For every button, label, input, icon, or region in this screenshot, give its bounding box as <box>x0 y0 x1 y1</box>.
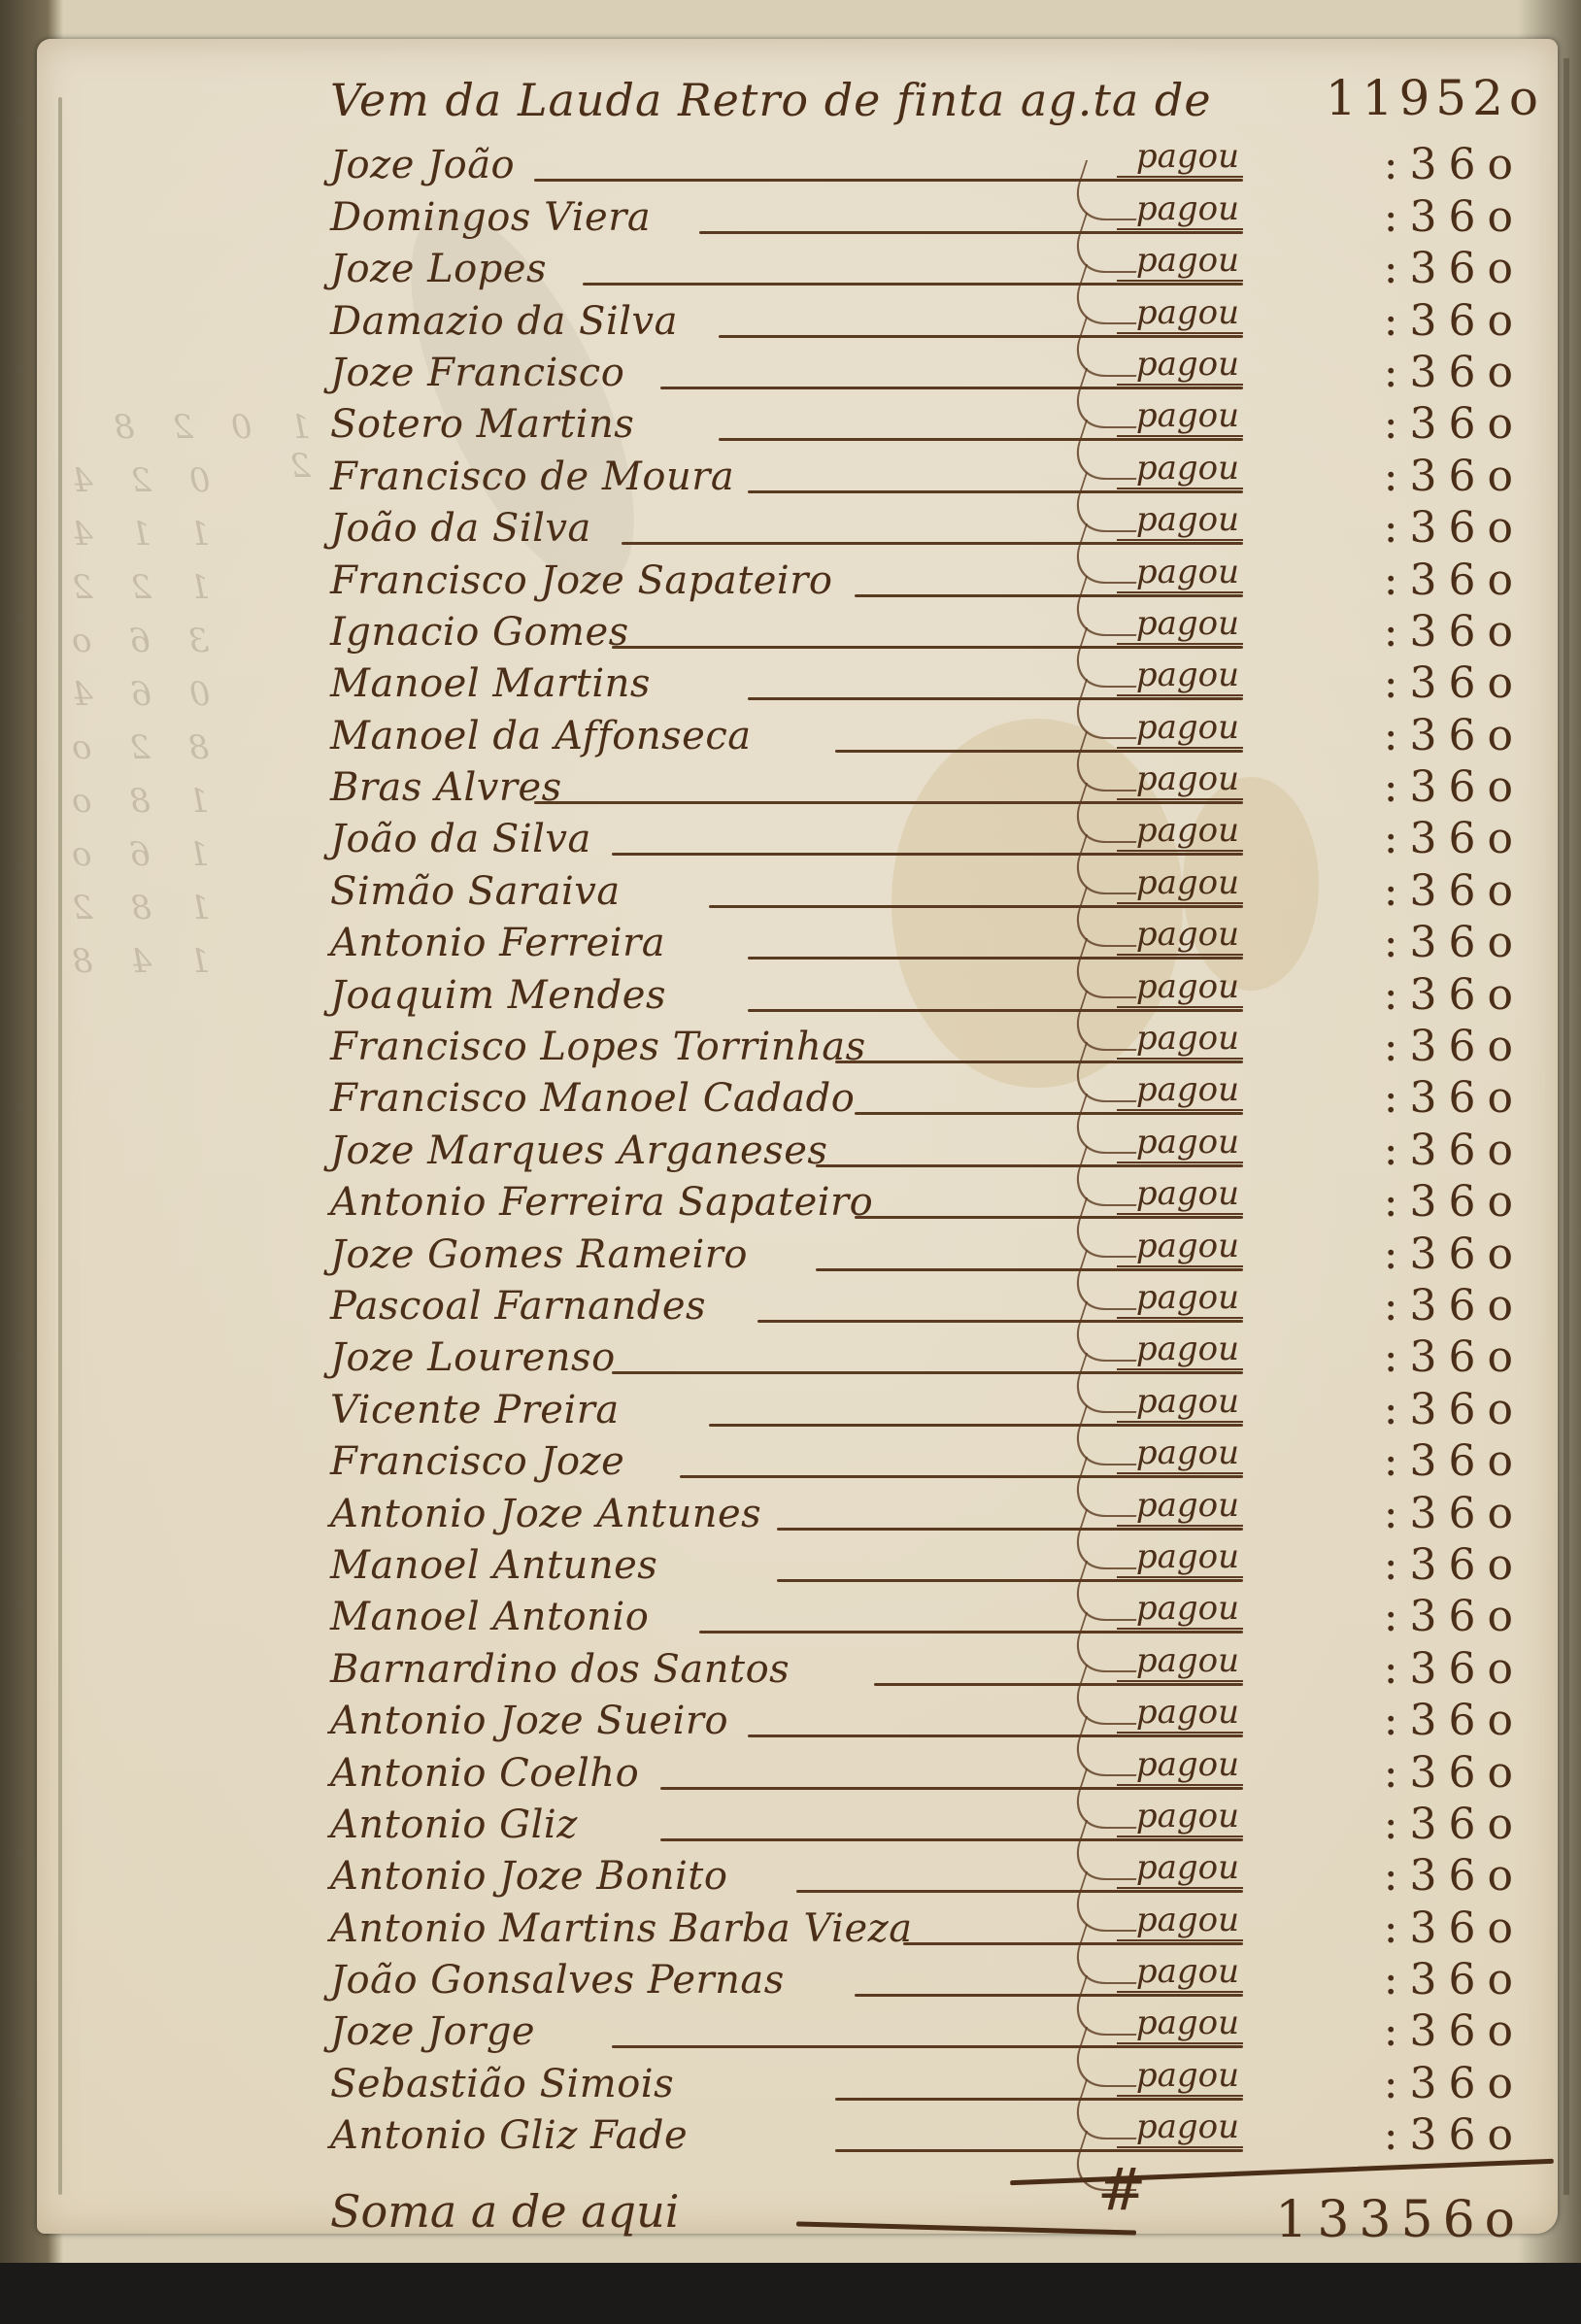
entry-leader-line <box>622 542 1243 545</box>
entry-name: Ignacio Gomes <box>330 610 629 655</box>
entry-status: pagou <box>1117 915 1243 956</box>
ledger-entry: Simão Saraivapagou:36o <box>291 871 1564 923</box>
entry-name: Joze Lourenso <box>330 1335 616 1380</box>
entry-name: Pascoal Farnandes <box>330 1284 706 1329</box>
entry-amount: :36o <box>1384 1955 1525 2004</box>
entry-status: pagou <box>1117 1797 1243 1837</box>
entry-status: pagou <box>1117 449 1243 489</box>
entry-amount: :36o <box>1384 1851 1525 1901</box>
entry-status: pagou <box>1117 1901 1243 1941</box>
entry-amount: :36o <box>1384 1489 1525 1538</box>
entry-leader-line <box>816 1268 1243 1271</box>
ledger-entry: Francisco Joze Sapateiropagou:36o <box>291 560 1564 612</box>
entry-amount: :36o <box>1384 1281 1525 1330</box>
entry-amount: :36o <box>1384 1540 1525 1590</box>
entry-name: Francisco de Moura <box>330 455 734 499</box>
ledger-entry: Joaquim Mendespagou:36o <box>291 975 1564 1027</box>
entry-name: Antonio Gliz <box>330 1802 578 1847</box>
entry-name: Damazio da Silva <box>330 299 678 344</box>
entry-amount: :36o <box>1384 192 1525 242</box>
ledger-entry: Manoel Martinspagou:36o <box>291 664 1564 716</box>
entry-name: Antonio Joze Antunes <box>330 1492 761 1536</box>
entry-amount: :36o <box>1384 140 1525 189</box>
entry-leader-line <box>835 1061 1243 1063</box>
ledger-entry: Joze Lourensopagou:36o <box>291 1338 1564 1390</box>
entry-name: Barnardino dos Santos <box>330 1647 790 1692</box>
entry-status: pagou <box>1117 1174 1243 1215</box>
entry-leader-line <box>796 1890 1243 1893</box>
entry-status: pagou <box>1117 345 1243 386</box>
entry-amount: :36o <box>1384 1385 1525 1434</box>
ledger-entry: Manoel da Affonsecapagou:36o <box>291 716 1564 767</box>
entry-leader-line <box>835 2149 1243 2152</box>
total-label: Soma a de aqui <box>330 2185 679 2238</box>
entry-status: pagou <box>1117 241 1243 282</box>
margin-bleed-through: 1 0 2 8 20 2 41 1 41 2 23 6 o0 6 48 2 o1… <box>58 408 311 1282</box>
entry-status: pagou <box>1117 396 1243 437</box>
ledger-entry: Antonio Coelhopagou:36o <box>291 1753 1564 1804</box>
bleed-through-numeral: 1 4 8 <box>58 942 211 981</box>
entry-name: Joze Gomes Rameiro <box>330 1232 748 1277</box>
entry-amount: :36o <box>1384 2110 1525 2160</box>
ledger-entry: Domingos Vierapagou:36o <box>291 197 1564 249</box>
entry-leader-line <box>748 490 1243 493</box>
ledger-entry: Antonio Ferreirapagou:36o <box>291 924 1564 975</box>
entry-leader-line <box>777 1579 1243 1582</box>
total-marks: # <box>1097 2156 1146 2224</box>
entry-name: Antonio Ferreira <box>330 921 665 965</box>
entry-leader-line <box>660 1787 1243 1790</box>
ledger-entry: Barnardino dos Santospagou:36o <box>291 1649 1564 1701</box>
entry-amount: :36o <box>1384 1800 1525 1849</box>
ledger-entry: Antonio Joze Sueiropagou:36o <box>291 1701 1564 1753</box>
entry-name: Bras Alvres <box>330 765 562 810</box>
entry-leader-line <box>699 231 1243 234</box>
entry-status: pagou <box>1117 967 1243 1008</box>
entry-leader-line <box>855 1994 1243 1997</box>
entry-status: pagou <box>1117 1486 1243 1527</box>
entry-amount: :36o <box>1384 503 1525 553</box>
ledger-entry: Antonio Joze Antunespagou:36o <box>291 1494 1564 1545</box>
entry-name: João da Silva <box>330 817 591 861</box>
entry-amount: :36o <box>1384 399 1525 449</box>
ledger-entry: Antonio Joze Bonitopagou:36o <box>291 1857 1564 1908</box>
entry-leader-line <box>709 1424 1243 1427</box>
entry-amount: :36o <box>1384 1332 1525 1382</box>
entry-amount: :36o <box>1384 607 1525 657</box>
ledger-entry: Joze Marques Arganesespagou:36o <box>291 1130 1564 1182</box>
entry-amount: :36o <box>1384 1229 1525 1279</box>
entry-status: pagou <box>1117 1952 1243 1993</box>
entry-name: Francisco Joze Sapateiro <box>330 558 832 603</box>
ledger-entry: Joze Lopespagou:36o <box>291 250 1564 301</box>
entry-amount: :36o <box>1384 866 1525 916</box>
ledger-entry: João da Silvapagou:36o <box>291 820 1564 871</box>
entry-leader-line <box>874 1683 1243 1686</box>
entry-status: pagou <box>1117 1330 1243 1370</box>
entry-leader-line <box>903 1942 1243 1945</box>
entry-status: pagou <box>1117 293 1243 334</box>
entry-amount: :36o <box>1384 1073 1525 1123</box>
entry-status: pagou <box>1117 708 1243 749</box>
entry-status: pagou <box>1117 2004 1243 2044</box>
entry-status: pagou <box>1117 604 1243 645</box>
total-rule <box>796 2221 1136 2235</box>
entry-amount: :36o <box>1384 970 1525 1020</box>
entry-name: Manoel da Affonseca <box>330 714 752 758</box>
entry-name: Antonio Coelho <box>330 1751 639 1796</box>
entry-leader-line <box>816 1164 1243 1167</box>
bleed-through-numeral: 1 8 2 <box>58 889 211 927</box>
entry-amount: :36o <box>1384 1022 1525 1071</box>
entry-name: Joze Francisco <box>330 351 624 395</box>
ledger-entry: Francisco Jozepagou:36o <box>291 1442 1564 1494</box>
entry-leader-line <box>719 335 1243 338</box>
entry-status: pagou <box>1117 1019 1243 1060</box>
bleed-through-numeral: 0 2 4 <box>58 461 211 500</box>
ledger-entry: Joze Joãopagou:36o <box>291 146 1564 197</box>
entry-status: pagou <box>1117 1641 1243 1682</box>
entry-amount: :36o <box>1384 1436 1525 1486</box>
ledger-entry: João Gonsalves Pernaspagou:36o <box>291 1961 1564 2012</box>
entry-amount: :36o <box>1384 556 1525 605</box>
entry-status: pagou <box>1117 500 1243 541</box>
entry-amount: :36o <box>1384 348 1525 397</box>
entries-list: Joze Joãopagou:36oDomingos Vierapagou:36… <box>291 146 1564 2168</box>
entry-leader-line <box>748 697 1243 700</box>
entry-name: Manoel Antunes <box>330 1543 657 1588</box>
entry-name: Joze Lopes <box>330 247 547 291</box>
entry-name: Francisco Joze <box>330 1439 624 1484</box>
entry-name: Francisco Manoel Cadado <box>330 1076 855 1121</box>
entry-status: pagou <box>1117 1433 1243 1474</box>
entry-name: Joaquim Mendes <box>330 973 666 1018</box>
entry-amount: :36o <box>1384 1748 1525 1798</box>
entry-leader-line <box>699 1631 1243 1634</box>
entry-name: Antonio Martins Barba Vieza <box>330 1906 913 1951</box>
carried-forward-value: 11952o <box>1326 70 1544 126</box>
entry-amount: :36o <box>1384 1644 1525 1694</box>
entry-amount: :36o <box>1384 1696 1525 1745</box>
bleed-through-numeral: 1 2 2 <box>58 568 211 607</box>
ledger-entry: Antonio Ferreira Sapateiropagou:36o <box>291 1183 1564 1234</box>
ledger-entry: Joze Jorgepagou:36o <box>291 2012 1564 2064</box>
entry-name: Domingos Viera <box>330 195 651 240</box>
entry-status: pagou <box>1117 1745 1243 1786</box>
total-value: 13356o <box>1275 2191 1525 2249</box>
entry-amount: :36o <box>1384 1126 1525 1175</box>
entry-status: pagou <box>1117 2107 1243 2148</box>
entry-leader-line <box>660 1838 1243 1841</box>
entry-leader-line <box>709 905 1243 908</box>
entry-status: pagou <box>1117 553 1243 593</box>
entry-leader-line <box>835 750 1243 753</box>
entry-leader-line <box>855 594 1243 597</box>
ledger-entry: Antonio Martins Barba Viezapagou:36o <box>291 1908 1564 1960</box>
ledger-entry: Vicente Preirapagou:36o <box>291 1390 1564 1441</box>
entry-status: pagou <box>1117 1382 1243 1423</box>
entry-name: Manoel Martins <box>330 661 651 706</box>
ledger-entry: Sebastião Simoispagou:36o <box>291 2064 1564 2115</box>
entry-name: Antonio Joze Sueiro <box>330 1699 728 1743</box>
entry-status: pagou <box>1117 137 1243 178</box>
entry-status: pagou <box>1117 1589 1243 1630</box>
entry-amount: :36o <box>1384 658 1525 708</box>
entry-status: pagou <box>1117 1227 1243 1267</box>
entry-amount: :36o <box>1384 2006 1525 2056</box>
entry-amount: :36o <box>1384 1903 1525 1953</box>
ledger-entry: Joze Gomes Rameiropagou:36o <box>291 1234 1564 1286</box>
entry-amount: :36o <box>1384 918 1525 967</box>
ledger-entry: Ignacio Gomespagou:36o <box>291 613 1564 664</box>
entry-leader-line <box>680 1475 1243 1478</box>
entry-name: Sebastião Simois <box>330 2062 674 2106</box>
ledger-entry: Antonio Gliz Fadepagou:36o <box>291 2116 1564 2168</box>
bleed-through-numeral: 1 6 o <box>58 835 209 874</box>
adjacent-page-edge <box>1564 58 1569 2195</box>
entry-name: João Gonsalves Pernas <box>330 1958 785 2003</box>
entry-name: Joze Jorge <box>330 2009 535 2054</box>
scan-bottom-edge <box>0 2263 1581 2324</box>
entry-status: pagou <box>1117 1693 1243 1734</box>
entry-status: pagou <box>1117 1070 1243 1111</box>
ledger-entry: Sotero Martinspagou:36o <box>291 405 1564 456</box>
entry-name: Antonio Gliz Fade <box>330 2113 688 2158</box>
ledger-entry: Bras Alvrespagou:36o <box>291 768 1564 820</box>
ledger-entry: Antonio Glizpagou:36o <box>291 1805 1564 1857</box>
entry-name: Sotero Martins <box>330 402 634 447</box>
ledger-entry: Manoel Antunespagou:36o <box>291 1546 1564 1598</box>
entry-name: Vicente Preira <box>330 1388 620 1432</box>
entry-amount: :36o <box>1384 711 1525 760</box>
entry-leader-line <box>748 1735 1243 1737</box>
ledger-entry: Francisco de Mourapagou:36o <box>291 456 1564 508</box>
entry-status: pagou <box>1117 1123 1243 1163</box>
ledger-entry: João da Silvapagou:36o <box>291 509 1564 560</box>
entry-status: pagou <box>1117 1537 1243 1578</box>
entry-leader-line <box>719 438 1243 441</box>
ledger-entry: Francisco Manoel Cadadopagou:36o <box>291 1079 1564 1130</box>
entry-name: João da Silva <box>330 506 591 551</box>
entry-status: pagou <box>1117 759 1243 800</box>
entry-amount: :36o <box>1384 1177 1525 1227</box>
entry-status: pagou <box>1117 863 1243 904</box>
ledger-entry: Francisco Lopes Torrinhaspagou:36o <box>291 1027 1564 1079</box>
bleed-through-numeral: 1 8 o <box>58 782 209 821</box>
ledger-entry: Joze Franciscopagou:36o <box>291 354 1564 405</box>
carried-forward-label-text: Vem da Lauda Retro de finta ag.ta de <box>330 74 1212 126</box>
ledger-entry: Manoel Antoniopagou:36o <box>291 1598 1564 1649</box>
entry-name: Joze João <box>330 143 515 187</box>
entry-leader-line <box>757 1320 1243 1323</box>
entry-status: pagou <box>1117 189 1243 230</box>
entry-amount: :36o <box>1384 2059 1525 2108</box>
entry-name: Antonio Joze Bonito <box>330 1854 727 1899</box>
bleed-through-numeral: 0 6 4 <box>58 675 211 714</box>
carried-forward-label: Vem da Lauda Retro de finta ag.ta de <box>330 74 1212 126</box>
ledger-entry: Damazio da Silvapagou:36o <box>291 301 1564 353</box>
entry-leader-line <box>748 1009 1243 1012</box>
bleed-through-numeral: 1 1 4 <box>58 515 211 554</box>
entry-amount: :36o <box>1384 452 1525 501</box>
bleed-through-numeral: 8 2 o <box>58 728 209 767</box>
entry-amount: :36o <box>1384 814 1525 863</box>
entry-name: Francisco Lopes Torrinhas <box>330 1025 866 1069</box>
entry-amount: :36o <box>1384 1592 1525 1641</box>
entry-status: pagou <box>1117 2056 1243 2097</box>
entry-name: Antonio Ferreira Sapateiro <box>330 1180 873 1225</box>
entry-leader-line <box>660 387 1243 389</box>
entry-name: Joze Marques Arganeses <box>330 1128 827 1173</box>
total-row: Soma a de aqui # 13356o <box>291 2166 1564 2253</box>
bleed-through-numeral: 3 6 o <box>58 622 209 660</box>
entry-amount: :36o <box>1384 296 1525 346</box>
entry-leader-line <box>777 1528 1243 1531</box>
entry-leader-line <box>835 2098 1243 2101</box>
entry-status: pagou <box>1117 811 1243 852</box>
carried-forward-row: Vem da Lauda Retro de finta ag.ta de 119… <box>330 70 1564 138</box>
entry-amount: :36o <box>1384 762 1525 812</box>
entry-status: pagou <box>1117 1848 1243 1889</box>
entry-leader-line <box>855 1216 1243 1219</box>
entry-status: pagou <box>1117 656 1243 696</box>
entry-amount: :36o <box>1384 244 1525 293</box>
ledger-entry: Pascoal Farnandespagou:36o <box>291 1287 1564 1338</box>
entry-name: Simão Saraiva <box>330 869 621 914</box>
entry-leader-line <box>855 1112 1243 1115</box>
entry-leader-line <box>748 957 1243 960</box>
entry-name: Manoel Antonio <box>330 1595 649 1639</box>
entry-status: pagou <box>1117 1278 1243 1319</box>
